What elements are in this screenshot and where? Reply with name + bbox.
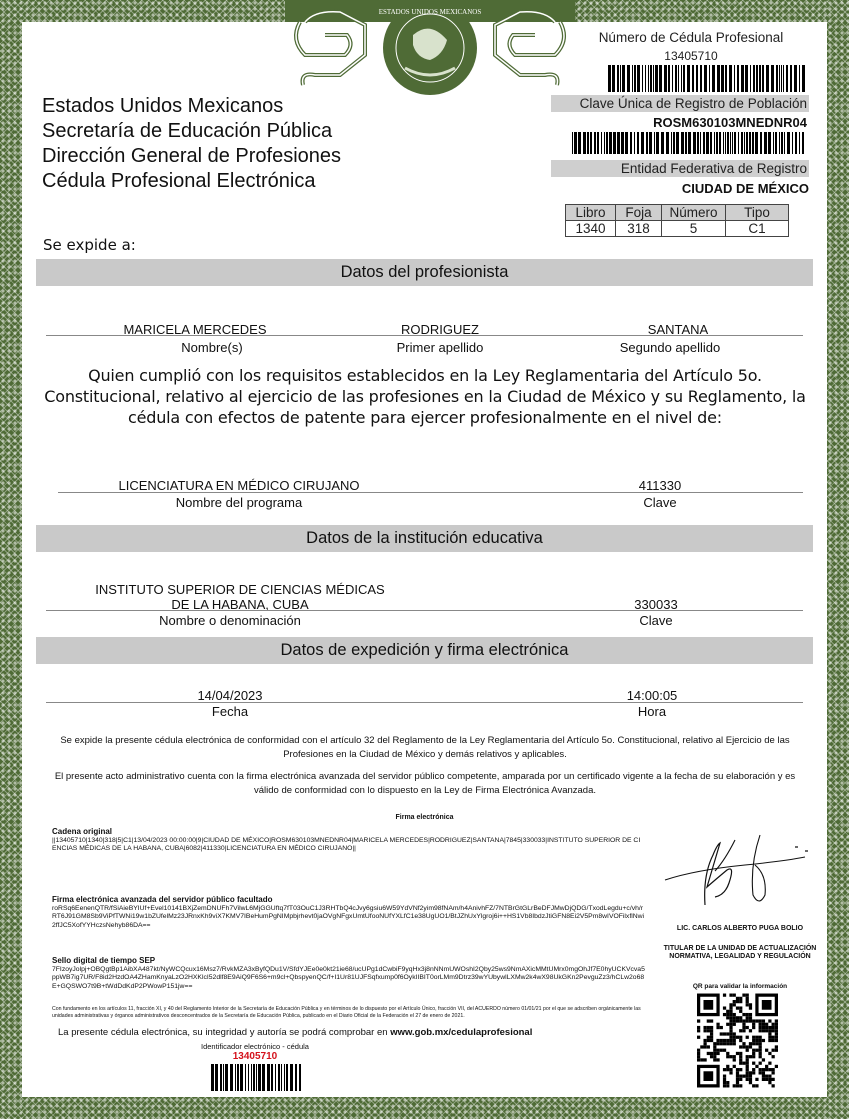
legal-paragraph-2: El presente acto administrativo cuenta c… xyxy=(50,770,800,798)
sello-text: 7FIzoyJolpj+OBQgtBp1AibXA487kt/NyWCQcux1… xyxy=(52,966,647,991)
programa-value: LICENCIATURA EN MÉDICO CIRUJANO xyxy=(84,478,394,493)
identificador-label: Identificador electrónico - cédula xyxy=(180,1042,330,1051)
agency-line: Dirección General de Profesiones xyxy=(42,144,341,169)
agency-line: Cédula Profesional Electrónica xyxy=(42,169,341,194)
col-numero: Número xyxy=(662,205,726,221)
institucion-line1: INSTITUTO SUPERIOR DE CIENCIAS MÉDICAS xyxy=(70,582,410,597)
numero-value: 5 xyxy=(662,221,726,237)
primer-apellido-label: Primer apellido xyxy=(340,340,540,355)
handwritten-signature-icon xyxy=(655,825,825,915)
fecha-label: Fecha xyxy=(155,704,305,719)
programa-label: Nombre del programa xyxy=(139,495,339,510)
divider xyxy=(58,492,803,493)
cadena-title: Cadena original xyxy=(52,827,112,836)
hora-label: Hora xyxy=(602,704,702,719)
divider xyxy=(46,702,803,703)
section-expedicion: Datos de expedición y firma electrónica xyxy=(36,637,813,664)
sello-title: Sello digital de tiempo SEP xyxy=(52,956,155,965)
agency-line: Secretaría de Educación Pública xyxy=(42,119,341,144)
expide-label: Se expide a: xyxy=(43,236,136,254)
firma-electronica-title: Firma electrónica xyxy=(0,814,849,821)
firma-avanzada-title: Firma electrónica avanzada del servidor … xyxy=(52,895,273,904)
cedula-barcode xyxy=(606,65,806,92)
registry-table: Libro Foja Número Tipo 1340 318 5 C1 xyxy=(565,204,789,237)
identificador-number: 13405710 xyxy=(180,1051,330,1062)
issuing-agency: Estados Unidos Mexicanos Secretaría de E… xyxy=(42,94,341,194)
border-bottom xyxy=(0,1097,849,1119)
national-coat-of-arms-icon: ESTADOS UNIDOS MEXICANOS xyxy=(285,0,575,95)
fundamento-text: Con fundamento en los artículos 11, frac… xyxy=(52,1006,662,1020)
border-right xyxy=(827,0,849,1119)
entidad-value: CIUDAD DE MÉXICO xyxy=(551,181,809,196)
divider xyxy=(46,610,803,611)
cadena-text: ||13405710|1340|318|5|C1|13/04/2023 00:0… xyxy=(52,837,642,854)
qr-label: QR para validar la información xyxy=(650,983,830,992)
entidad-label: Entidad Federativa de Registro xyxy=(551,160,809,177)
col-libro: Libro xyxy=(566,205,616,221)
programa-clave-value: 411330 xyxy=(610,478,710,493)
section-institucion: Datos de la institución educativa xyxy=(36,525,813,552)
segundo-apellido-label: Segundo apellido xyxy=(570,340,770,355)
section-profesionista: Datos del profesionista xyxy=(36,259,813,286)
fecha-value: 14/04/2023 xyxy=(155,688,305,703)
hora-value: 14:00:05 xyxy=(602,688,702,703)
curp-value: ROSM630103MNEDNR04 xyxy=(549,115,807,130)
libro-value: 1340 xyxy=(566,221,616,237)
divider xyxy=(46,335,803,336)
institucion-clave-label: Clave xyxy=(606,613,706,628)
agency-line: Estados Unidos Mexicanos xyxy=(42,94,341,119)
comprobar-text: La presente cédula electrónica, su integ… xyxy=(58,1027,532,1038)
cedula-number-label: Número de Cédula Profesional xyxy=(576,30,806,45)
curp-label: Clave Única de Registro de Población xyxy=(551,95,809,112)
verification-link[interactable]: www.gob.mx/cedulaprofesional xyxy=(390,1027,532,1038)
statement-text: Quien cumplió con los requisitos estable… xyxy=(30,365,820,428)
cedula-number: 13405710 xyxy=(576,49,806,63)
border-left xyxy=(0,0,22,1119)
tipo-value: C1 xyxy=(726,221,789,237)
firma-avanzada-text: roRSq6EenenQTR/fSiAieBYIUf+Evel10141BXjZ… xyxy=(52,905,647,930)
col-tipo: Tipo xyxy=(726,205,789,221)
institucion-label: Nombre o denominación xyxy=(130,613,330,628)
curp-barcode xyxy=(571,132,806,154)
legal-paragraph-1: Se expide la presente cédula electrónica… xyxy=(50,734,800,762)
signer-name: LIC. CARLOS ALBERTO PUGA BOLIO xyxy=(650,925,830,934)
foja-value: 318 xyxy=(616,221,662,237)
col-foja: Foja xyxy=(616,205,662,221)
nombres-label: Nombre(s) xyxy=(112,340,312,355)
crest-text: ESTADOS UNIDOS MEXICANOS xyxy=(379,8,482,16)
signer-title-2: NORMATIVA, LEGALIDAD Y REGULACIÓN xyxy=(650,953,830,962)
identificador-barcode xyxy=(211,1064,307,1091)
qr-code-icon[interactable] xyxy=(697,993,778,1088)
programa-clave-label: Clave xyxy=(610,495,710,510)
